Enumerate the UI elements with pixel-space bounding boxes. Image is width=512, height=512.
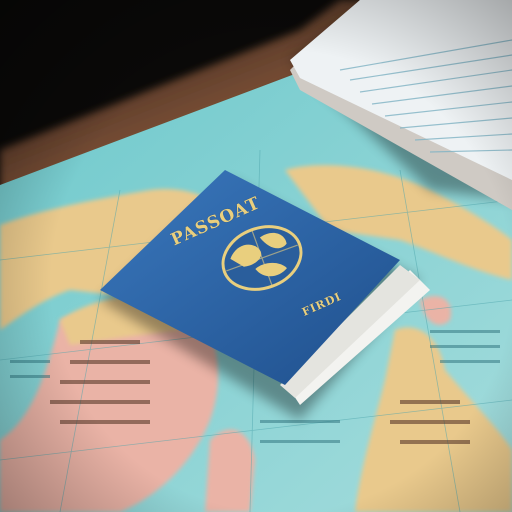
- photo-scene: PASSOAT FIRDI: [0, 0, 512, 512]
- vignette: [0, 0, 512, 512]
- scene-illustration: [0, 0, 512, 512]
